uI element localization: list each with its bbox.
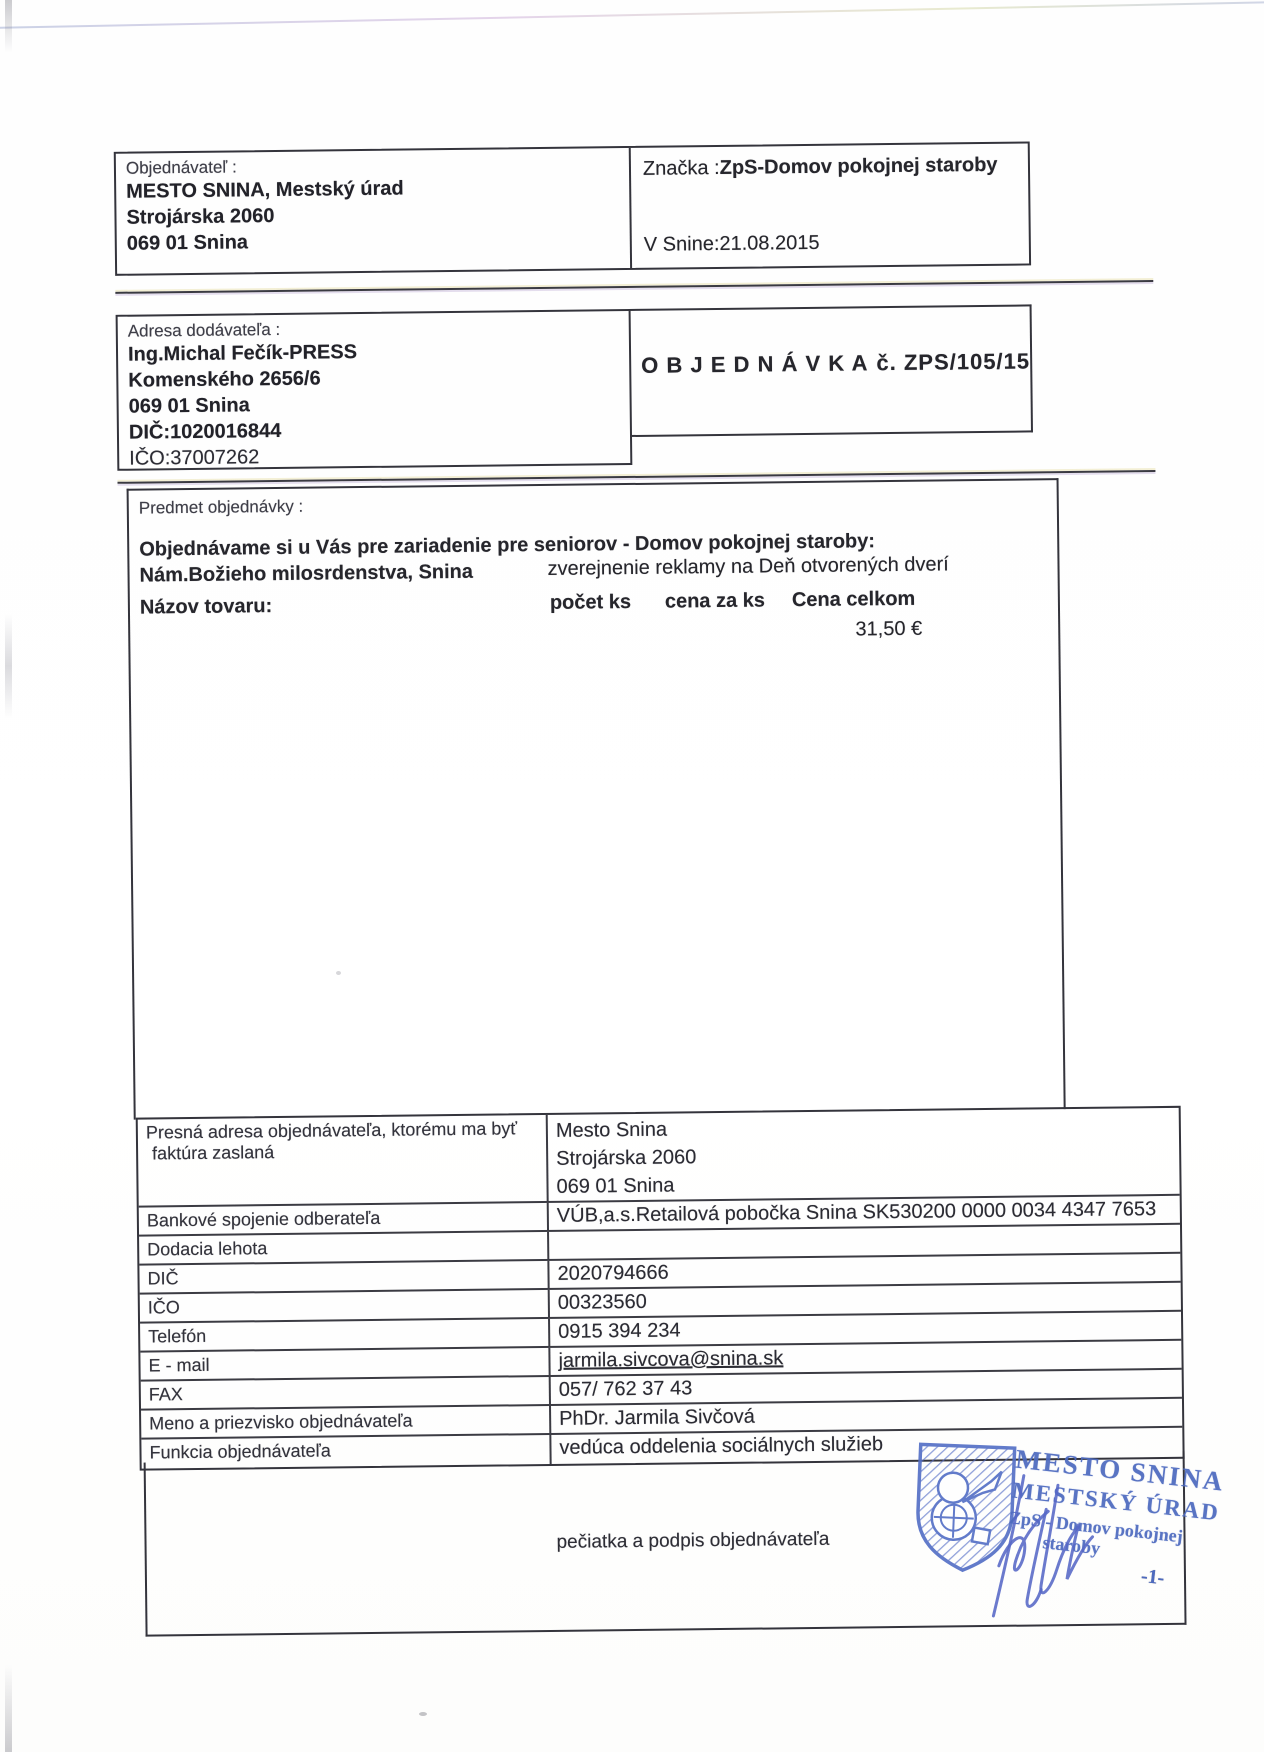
row-label: DIČ — [139, 1261, 549, 1293]
column-total-price: Cena celkom — [792, 588, 916, 612]
order-subject-box: Predmet objednávky : Objednávame si u Vá… — [127, 478, 1066, 1120]
order-title: O B J E D N Á V K A — [641, 350, 868, 378]
row-label: Telefón — [140, 1319, 550, 1351]
table-row-invoice-address: Presná adresa objednávateľa, ktorému ma … — [138, 1108, 1180, 1208]
row-label: IČO — [140, 1290, 550, 1322]
column-unit-price: cena za ks — [665, 589, 765, 613]
reference-cell: Značka :ZpS-Domov pokojnej staroby V Sni… — [631, 143, 1029, 267]
row-label: Dodacia lehota — [139, 1232, 549, 1264]
order-number: č. ZPS/105/15 — [876, 348, 1030, 375]
customer-cell: Objednávateľ : MESTO SNINA, Mestský úrad… — [116, 148, 632, 274]
row-label: Presná adresa objednávateľa, ktorému ma … — [138, 1115, 549, 1206]
facility-address: Nám.Božieho milosrdenstva, Snina — [139, 561, 473, 587]
row-label: E - mail — [140, 1348, 550, 1380]
row-label: Meno a priezvisko objednávateľa — [141, 1406, 551, 1438]
row-label: FAX — [141, 1377, 551, 1409]
supplier-address-box: Adresa dodávateľa : Ing.Michal Fečík-PRE… — [116, 309, 633, 471]
item-name-label: Názov tovaru: — [140, 595, 272, 618]
row-value: PhDr. Jarmila Sivčová — [551, 1399, 1182, 1433]
row-label: Bankové spojenie odberateľa — [139, 1203, 549, 1235]
scanned-order-document: Objednávateľ : MESTO SNINA, Mestský úrad… — [0, 0, 1264, 1752]
column-quantity: počet ks — [550, 591, 631, 615]
item-columns-row: Názov tovaru: počet ks cena za ks Cena c… — [140, 586, 1048, 624]
row-value — [549, 1225, 1180, 1259]
total-price-value: 31,50 € — [840, 618, 922, 642]
supplier-ico: IČO:37007262 — [129, 440, 620, 472]
row-value-email: jarmila.sivcova@snina.sk — [550, 1341, 1181, 1375]
service-description: zverejnenie reklamy na Deň otvorených dv… — [547, 553, 949, 581]
row-value: Mesto Snina Strojárska 2060 069 01 Snina — [548, 1108, 1180, 1201]
reference-value: ZpS-Domov pokojnej staroby — [720, 154, 998, 179]
row-value: 2020794666 — [549, 1254, 1180, 1288]
reference-line: Značka :ZpS-Domov pokojnej staroby — [643, 154, 1016, 181]
subject-label: Predmet objednávky : — [139, 488, 1047, 518]
row-value: VÚB,a.s.Retailová pobočka Snina SK530200… — [549, 1196, 1180, 1230]
reference-label: Značka : — [643, 157, 720, 180]
customer-city: 069 01 Snina — [127, 225, 620, 257]
signature-caption: pečiatka a podpis objednávateľa — [556, 1529, 829, 1554]
row-value: 0915 394 234 — [550, 1312, 1181, 1346]
customer-reference-box: Objednávateľ : MESTO SNINA, Mestský úrad… — [114, 141, 1031, 275]
order-number-box: O B J E D N Á V K Ač. ZPS/105/15 — [629, 304, 1033, 437]
handwritten-signature — [962, 1446, 1154, 1628]
row-value: 057/ 762 37 43 — [551, 1370, 1182, 1404]
document-content: Objednávateľ : MESTO SNINA, Mestský úrad… — [0, 0, 1264, 1752]
place-date: V Snine:21.08.2015 — [644, 232, 820, 257]
row-value: 00323560 — [550, 1283, 1181, 1317]
separator-line — [115, 280, 1153, 294]
details-table: Presná adresa objednávateľa, ktorému ma … — [136, 1106, 1185, 1471]
